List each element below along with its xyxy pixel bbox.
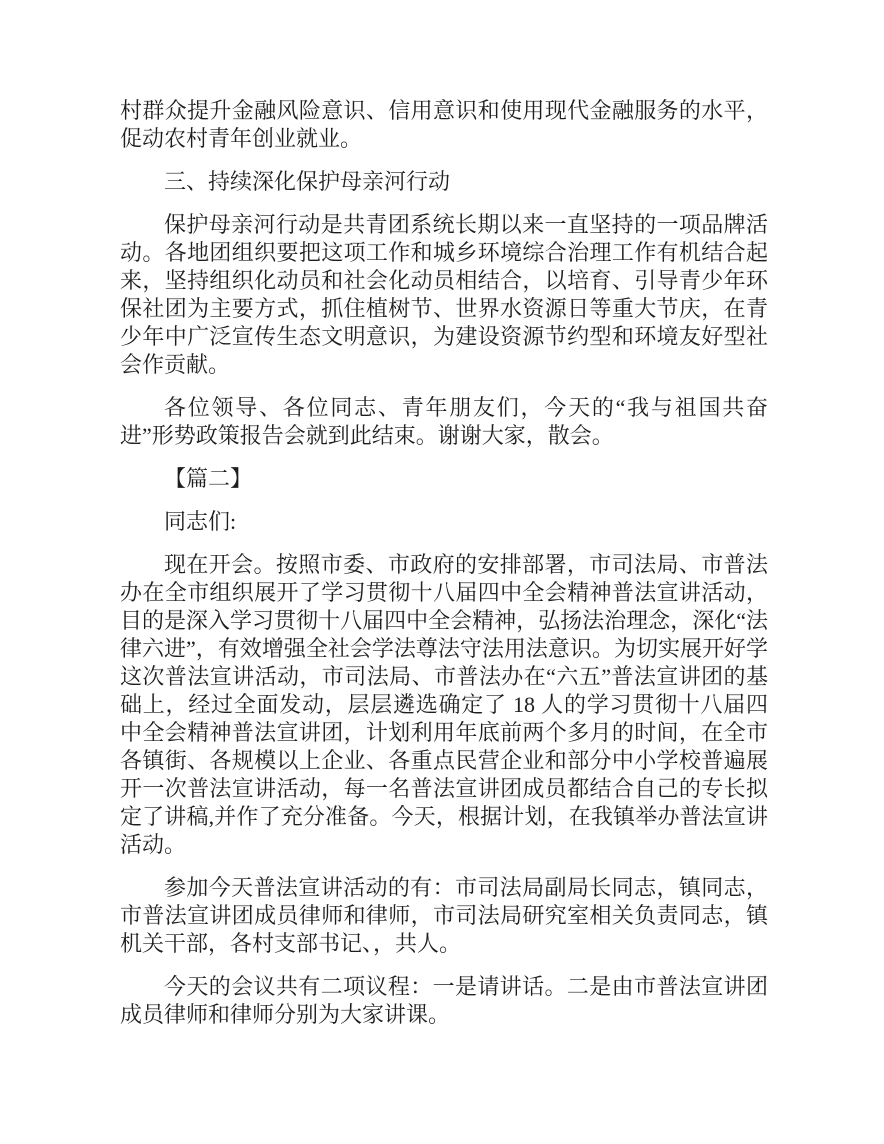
- paragraph-closing-remarks: 各位领导、各位同志、青年朋友们，今天的“我与祖国共奋进”形势政策报告会就到此结束…: [120, 394, 768, 450]
- document-page: 村群众提升金融风险意识、信用意识和使用现代金融服务的水平，促动农村青年创业就业。…: [0, 0, 884, 1144]
- paragraph-attendees: 参加今天普法宣讲活动的有：市司法局副局长同志，镇同志，市普法宣讲团成员律师和律师…: [120, 874, 768, 958]
- section-marker-part-two: 【篇二】: [120, 465, 768, 493]
- paragraph-continuation: 村群众提升金融风险意识、信用意识和使用现代金融服务的水平，促动农村青年创业就业。: [120, 97, 768, 153]
- paragraph-meeting-opening: 现在开会。按照市委、市政府的安排部署，市司法局、市普法办在全市组织展开了学习贯彻…: [120, 551, 768, 859]
- section-heading-three: 三、持续深化保护母亲河行动: [120, 168, 768, 196]
- paragraph-mother-river: 保护母亲河行动是共青团系统长期以来一直坚持的一项品牌活动。各地团组织要把这项工作…: [120, 211, 768, 379]
- paragraph-agenda: 今天的会议共有二项议程：一是请讲话。二是由市普法宣讲团成员律师和律师分别为大家讲…: [120, 973, 768, 1029]
- paragraph-salutation: 同志们:: [120, 508, 768, 536]
